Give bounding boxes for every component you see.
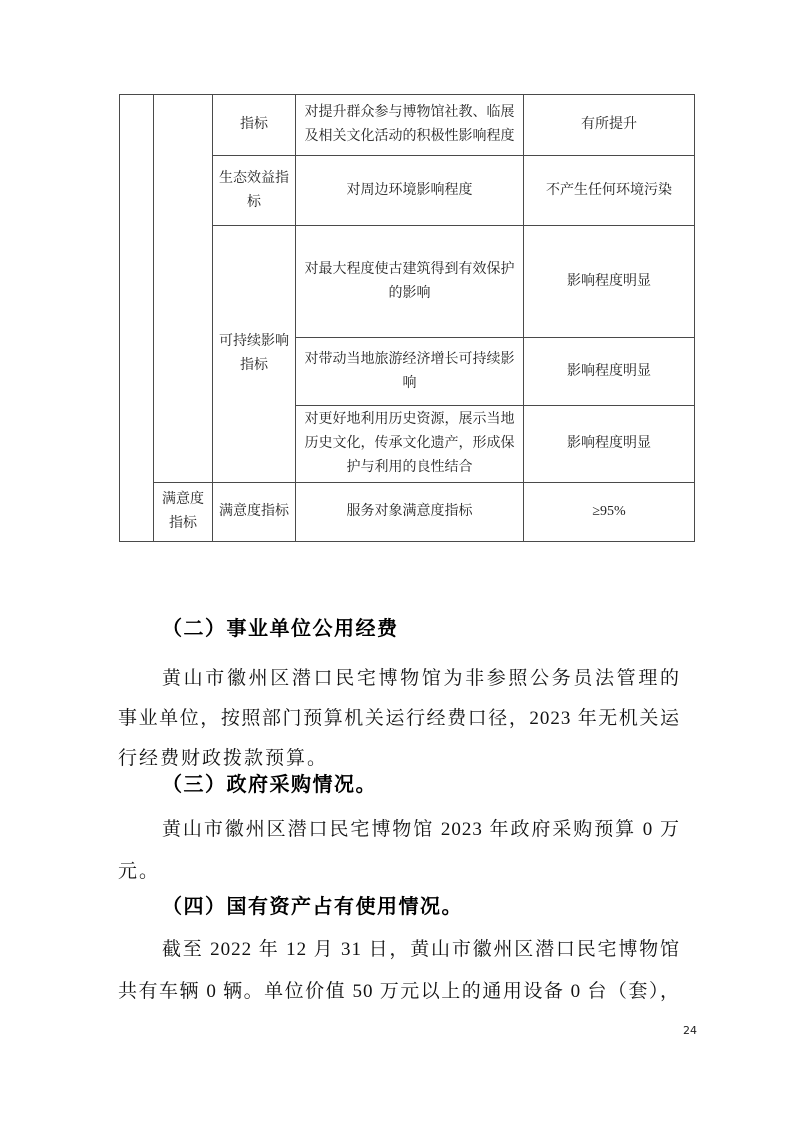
cell-r1-value: 有所提升 [524, 95, 695, 156]
cell-r1-description: 对提升群众参与博物馆社教、临展及相关文化活动的积极性影响程度 [296, 95, 524, 156]
cell-r6-indicator: 满意度指标 [213, 483, 296, 542]
cell-r1-indicator: 指标 [213, 95, 296, 156]
document-page: 指标 对提升群众参与博物馆社教、临展及相关文化活动的积极性影响程度 有所提升 生… [0, 0, 793, 1122]
cell-r3-description: 对最大程度使古建筑得到有效保护的影响 [296, 226, 524, 338]
cell-r2-description: 对周边环境影响程度 [296, 156, 524, 226]
section-2-heading: （二）事业单位公用经费 [118, 616, 680, 643]
cell-r3-value: 影响程度明显 [524, 226, 695, 338]
section-3-heading: （三）政府采购情况。 [118, 772, 680, 799]
body-line: 黄山市徽州区潜口民宅博物馆为非参照公务员法管理的 [118, 665, 680, 692]
section-4-heading: （四）国有资产占有使用情况。 [118, 894, 680, 921]
cell-col1-continued [120, 95, 154, 542]
body-line: 元。 [118, 858, 680, 885]
body-line: 行经费财政拨款预算。 [118, 745, 680, 772]
cell-r4-description: 对带动当地旅游经济增长可持续影响 [296, 338, 524, 406]
cell-r6-category: 满意度指标 [154, 483, 213, 542]
body-line: 事业单位，按照部门预算机关运行经费口径，2023 年无机关运 [118, 705, 680, 732]
body-line: 黄山市徽州区潜口民宅博物馆 2023 年政府采购预算 0 万 [118, 816, 680, 843]
cell-r6-value: ≥95% [524, 483, 695, 542]
cell-r2-indicator: 生态效益指标 [213, 156, 296, 226]
body-line: 截至 2022 年 12 月 31 日，黄山市徽州区潜口民宅博物馆 [118, 936, 680, 963]
cell-r3-indicator: 可持续影响指标 [213, 226, 296, 483]
body-line: 共有车辆 0 辆。单位价值 50 万元以上的通用设备 0 台（套）， [118, 978, 680, 1005]
cell-r4-value: 影响程度明显 [524, 338, 695, 406]
cell-r6-description: 服务对象满意度指标 [296, 483, 524, 542]
cell-r5-description: 对更好地利用历史资源，展示当地历史文化，传承文化遗产，形成保护与利用的良性结合 [296, 406, 524, 483]
cell-r5-value: 影响程度明显 [524, 406, 695, 483]
cell-col2-continued [154, 95, 213, 483]
page-number: 24 [683, 1024, 697, 1037]
cell-r2-value: 不产生任何环境污染 [524, 156, 695, 226]
performance-indicator-table: 指标 对提升群众参与博物馆社教、临展及相关文化活动的积极性影响程度 有所提升 生… [119, 94, 695, 542]
